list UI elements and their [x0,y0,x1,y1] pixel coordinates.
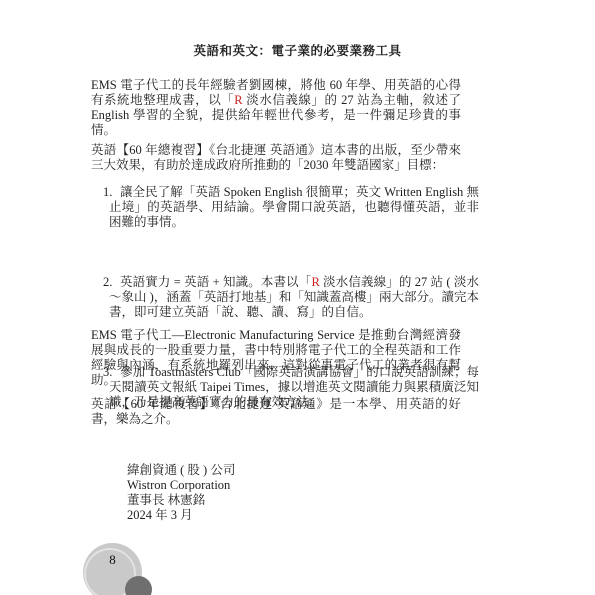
company-name-zh: 緯創資通 ( 股 ) 公司 [127,463,235,478]
list-number: 1. [103,185,112,200]
chairman-name: 董事長 林憲銘 [127,493,235,508]
document-page: 英語和英文：電子業的必要業務工具 EMS 電子代工的長年經驗者劉國棟，將他 60… [0,0,595,595]
signature-date: 2024 年 3 月 [127,508,235,523]
red-line-marker: R [234,93,242,107]
page-number-decoration: 8 [83,543,173,595]
page-number: 8 [83,552,142,568]
decorative-dark-circle [125,576,152,595]
list-item-1: 1.讓全民了解「英語 Spoken English 很簡單；英文 Written… [91,185,479,230]
paragraph-effects: 英語【60 年總複習】《台北捷運 英語通》這本書的出版，至少帶來三大效果，有助於… [91,143,461,173]
list-item-text: 英語實力 = 英語 + 知識。本書以「 [120,275,311,289]
red-line-marker: R [311,275,319,289]
page-title: 英語和英文：電子業的必要業務工具 [0,41,595,59]
signature-block: 緯創資通 ( 股 ) 公司 Wistron Corporation 董事長 林憲… [127,463,235,523]
paragraph-intro: EMS 電子代工的長年經驗者劉國棟，將他 60 年學、用英語的心得有系統地整理成… [91,78,461,138]
company-name-en: Wistron Corporation [127,478,235,493]
list-item-2: 2.英語實力 = 英語 + 知識。本書以「R 淡水信義線」的 27 站 ( 淡水… [91,275,479,320]
paragraph-ems: EMS 電子代工—Electronic Manufacturing Servic… [91,328,461,388]
list-number: 2. [103,275,112,290]
paragraph-closing: 英語【60 年總複習】《台北捷運 英語通》是一本學、用英語的好書，樂為之介。 [91,397,461,427]
list-item-text: 讓全民了解「英語 Spoken English 很簡單；英文 Written E… [109,185,479,229]
